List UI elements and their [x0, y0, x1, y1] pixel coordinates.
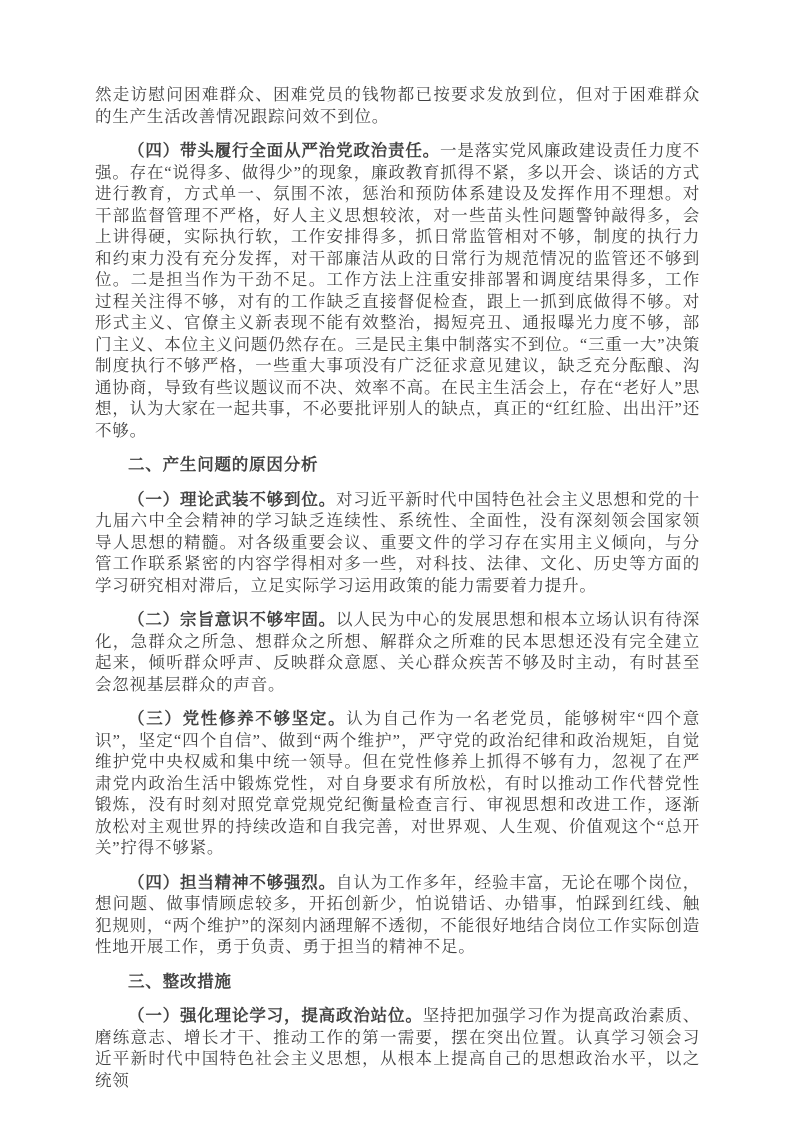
section-heading-text: 二、产生问题的原因分析 — [128, 455, 318, 474]
paragraph-text: 认为自己作为一名老党员，能够树牢“四个意识”，坚定“四个自信”、做到“两个维护”… — [95, 709, 700, 857]
paragraph: （四）担当精神不够强烈。自认为工作多年，经验丰富，无论在哪个岗位，想问题、做事情… — [95, 872, 700, 958]
paragraph: （一）强化理论学习，提高政治站位。坚持把加强学习作为提高政治素质、磨练意志、增长… — [95, 1005, 700, 1091]
section-heading-text: 三、整改措施 — [128, 972, 232, 991]
paragraph-lead: （四）担当精神不够强烈。 — [128, 873, 336, 892]
paragraph: （四）带头履行全面从严治党政治责任。一是落实党风廉政建设责任力度不强。存在“说得… — [95, 140, 700, 441]
paragraph-text: 一是落实党风廉政建设责任力度不强。存在“说得多、做得少”的现象，廉政教育抓得不紧… — [95, 141, 700, 440]
section-heading: 二、产生问题的原因分析 — [95, 454, 700, 476]
paragraph-lead: （一）理论武装不够到位。 — [128, 490, 336, 509]
paragraph: 然走访慰问困难群众、困难党员的钱物都已按要求发放到位，但对于困难群众的生产生活改… — [95, 84, 700, 127]
paragraph-lead: （四）带头履行全面从严治党政治责任。 — [128, 141, 440, 160]
paragraph: （三）党性修养不够坚定。认为自己作为一名老党员，能够树牢“四个意识”，坚定“四个… — [95, 708, 700, 859]
paragraph: （二）宗旨意识不够牢固。以人民为中心的发展思想和根本立场认识有待深化，急群众之所… — [95, 609, 700, 695]
paragraph-lead: （三）党性修养不够坚定。 — [128, 709, 346, 728]
paragraph-lead: （一）强化理论学习，提高政治站位。 — [128, 1006, 423, 1025]
section-heading: 三、整改措施 — [95, 971, 700, 993]
paragraph-lead: （二）宗旨意识不够牢固。 — [128, 610, 336, 629]
paragraph-text: 然走访慰问困难群众、困难党员的钱物都已按要求发放到位，但对于困难群众的生产生活改… — [95, 85, 700, 126]
paragraph: （一）理论武装不够到位。对习近平新时代中国特色社会主义思想和党的十九届六中全会精… — [95, 489, 700, 597]
document-page: 然走访慰问困难群众、困难党员的钱物都已按要求发放到位，但对于困难群众的生产生活改… — [0, 0, 793, 1122]
